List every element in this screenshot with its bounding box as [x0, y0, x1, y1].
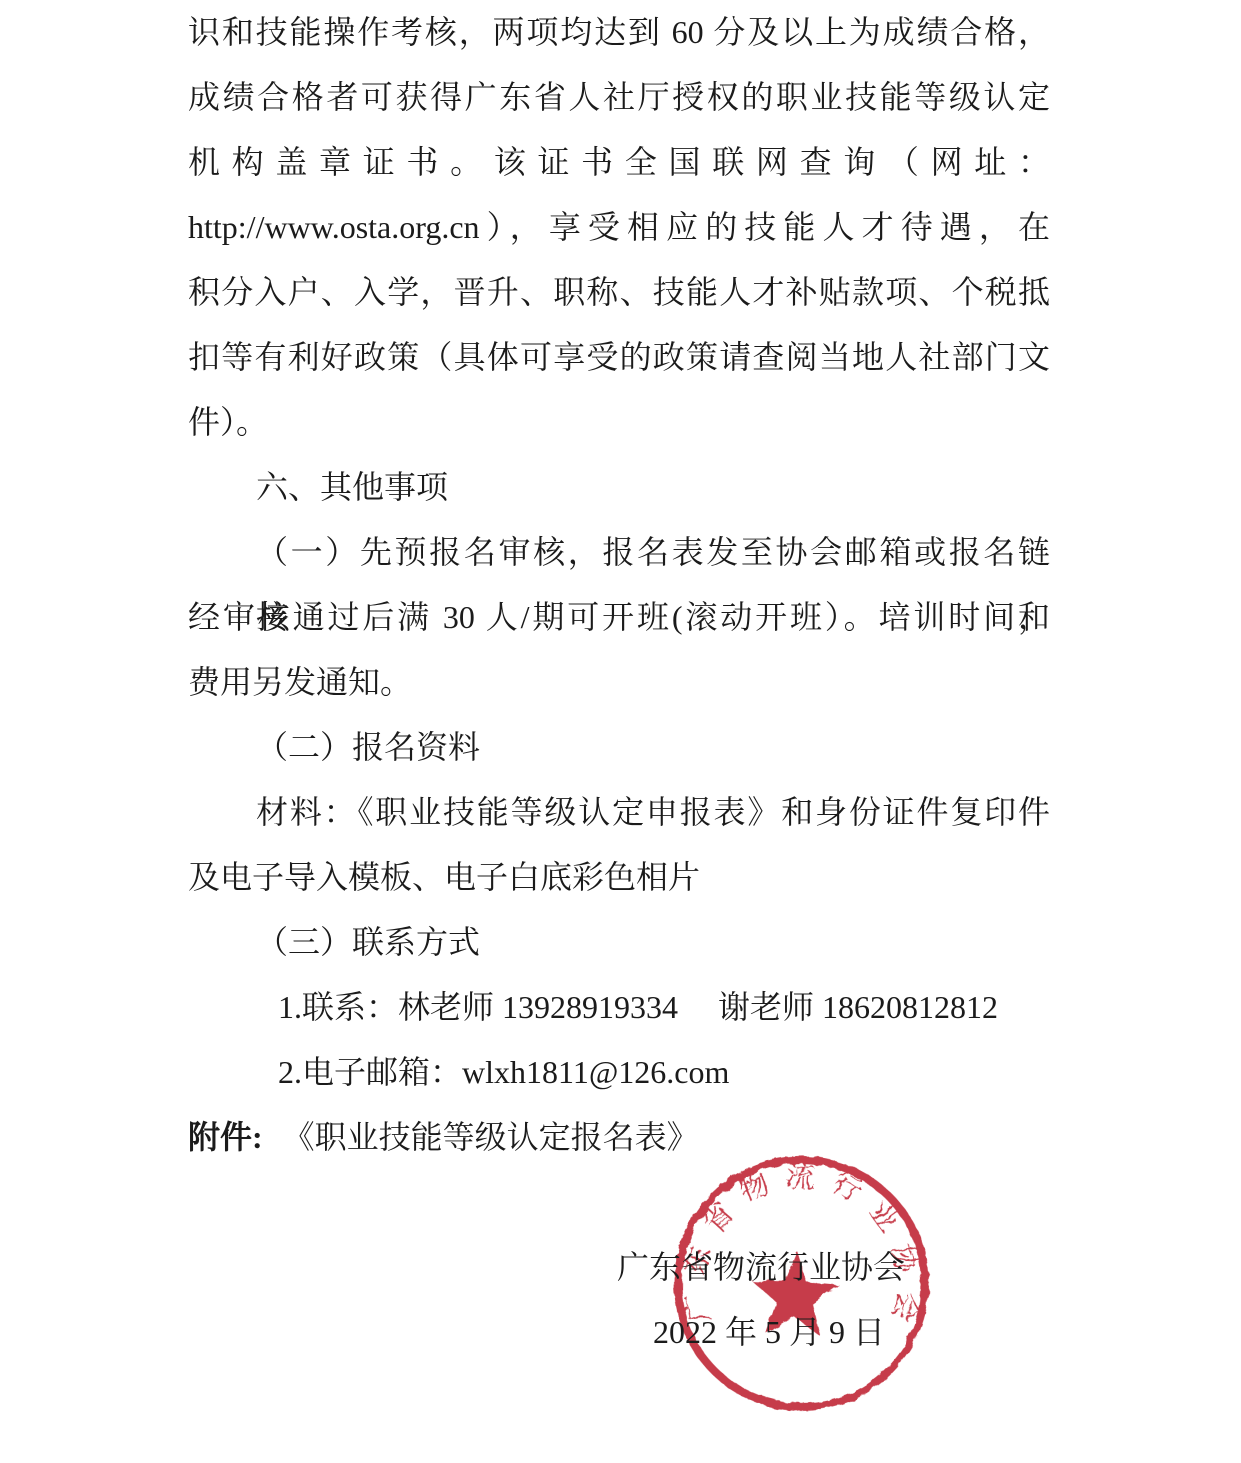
body-line: 件）。 [188, 390, 1050, 455]
signature-date: 2022 年 5 月 9 日 [188, 1300, 1050, 1365]
attachment-line: 附件:《职业技能等级认定报名表》 [188, 1105, 1050, 1170]
contact-phones-line: 1.联系：林老师 13928919334 谢老师 18620812812 [188, 975, 1050, 1040]
body-line: 扣等有利好政策（具体可享受的政策请查阅当地人社部门文 [188, 325, 1050, 390]
body-line: 成绩合格者可获得广东省人社厅授权的职业技能等级认定 [188, 65, 1050, 130]
body-line: 积分入户、入学，晋升、职称、技能人才补贴款项、个税抵 [188, 260, 1050, 325]
body-line: 材料：《职业技能等级认定申报表》和身份证件复印件 [188, 780, 1050, 845]
attachment-label: 附件: [188, 1119, 263, 1155]
body-line: 经审核通过后满 30 人/期可开班(滚动开班）。培训时间和 [188, 585, 1050, 650]
blank-line [188, 1170, 1050, 1235]
body-line: 费用另发通知。 [188, 650, 1050, 715]
attachment-title: 《职业技能等级认定报名表》 [283, 1119, 699, 1155]
section-heading-other-matters: 六、其他事项 [188, 455, 1050, 520]
contact-email-line: 2.电子邮箱：wlxh1811@126.com [188, 1040, 1050, 1105]
body-line: 机构盖章证书。该证书全国联网查询（网址： [188, 130, 1050, 195]
body-line: （一）先预报名审核，报名表发至协会邮箱或报名链接， [188, 520, 1050, 585]
document-page: 识和技能操作考核，两项均达到 60 分及以上为成绩合格， 成绩合格者可获得广东省… [0, 0, 1241, 1463]
body-line: 及电子导入模板、电子白底彩色相片 [188, 845, 1050, 910]
subsection-heading-registration-materials: （二）报名资料 [188, 715, 1050, 780]
body-line: 识和技能操作考核，两项均达到 60 分及以上为成绩合格， [188, 0, 1050, 65]
signature-org: 广东省物流行业协会 [188, 1235, 1050, 1300]
document-body: 识和技能操作考核，两项均达到 60 分及以上为成绩合格， 成绩合格者可获得广东省… [188, 0, 1050, 1365]
subsection-heading-contact-info: （三）联系方式 [188, 910, 1050, 975]
body-line-url: http://www.osta.org.cn），享受相应的技能人才待遇，在 [188, 195, 1050, 260]
